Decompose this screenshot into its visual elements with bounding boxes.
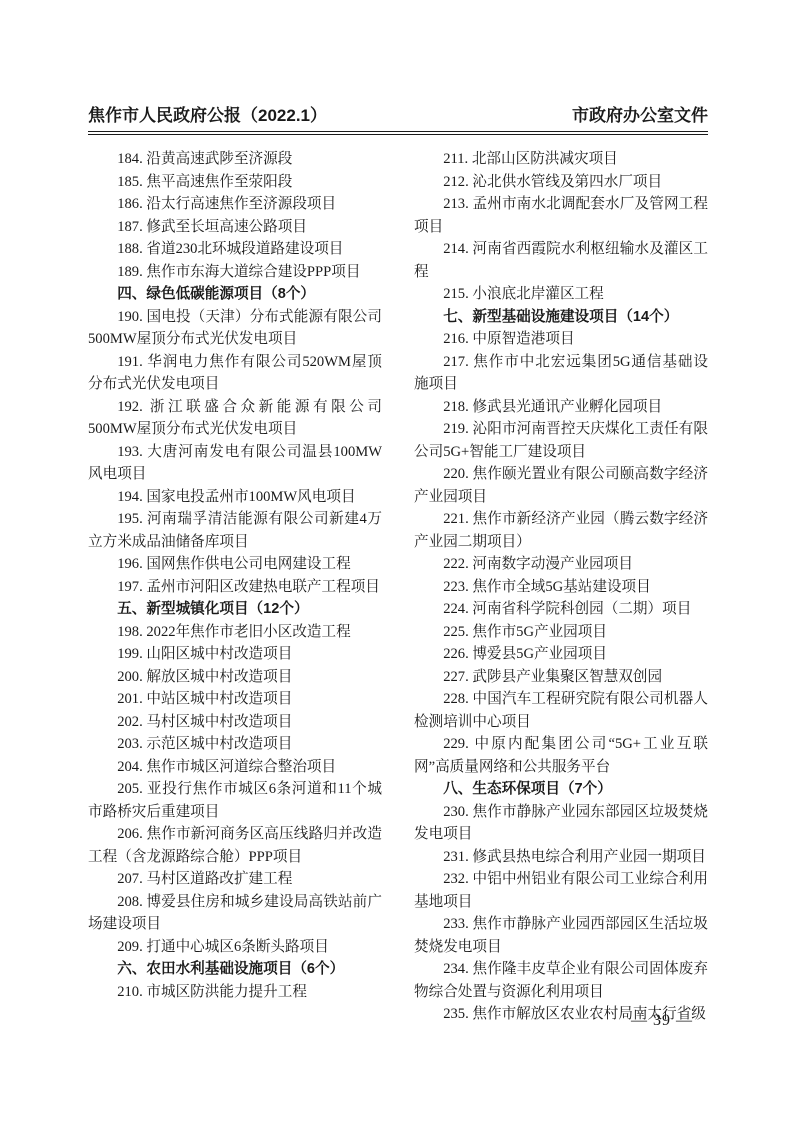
list-item: 221. 焦作市新经济产业园（腾云数字经济产业园二期项目） [414, 508, 708, 553]
list-item: 192. 浙江联盛合众新能源有限公司500MW屋顶分布式光伏发电项目 [88, 396, 382, 441]
list-item: 190. 国电投（天津）分布式能源有限公司500MW屋顶分布式光伏发电项目 [88, 306, 382, 351]
gazette-page: 焦作市人民政府公报（2022.1） 市政府办公室文件 184. 沿黄高速武陟至济… [0, 0, 793, 1122]
list-item: 200. 解放区城中村改造项目 [88, 666, 382, 689]
list-item: 191. 华润电力焦作有限公司520WM屋顶分布式光伏发电项目 [88, 351, 382, 396]
list-item: 218. 修武县光通讯产业孵化园项目 [414, 396, 708, 419]
section-heading: 五、新型城镇化项目（12个） [88, 598, 382, 621]
section-heading: 四、绿色低碳能源项目（8个） [88, 283, 382, 306]
list-item: 204. 焦作市城区河道综合整治项目 [88, 756, 382, 779]
list-item: 201. 中站区城中村改造项目 [88, 688, 382, 711]
list-item: 205. 亚投行焦作市城区6条河道和11个城市路桥灾后重建项目 [88, 778, 382, 823]
list-item: 223. 焦作市全域5G基站建设项目 [414, 576, 708, 599]
list-item: 230. 焦作市静脉产业园东部园区垃圾焚烧发电项目 [414, 801, 708, 846]
list-item: 228. 中国汽车工程研究院有限公司机器人检测培训中心项目 [414, 688, 708, 733]
list-item: 229. 中原内配集团公司“5G+工业互联网”高质量网络和公共服务平台 [414, 733, 708, 778]
list-item: 233. 焦作市静脉产业园西部园区生活垃圾焚烧发电项目 [414, 913, 708, 958]
list-item: 220. 焦作颐光置业有限公司颐高数字经济产业园项目 [414, 463, 708, 508]
list-item: 197. 孟州市河阳区改建热电联产工程项目 [88, 576, 382, 599]
list-item: 208. 博爱县住房和城乡建设局高铁站前广场建设项目 [88, 891, 382, 936]
list-item: 226. 博爱县5G产业园项目 [414, 643, 708, 666]
list-item: 231. 修武县热电综合利用产业园一期项目 [414, 846, 708, 869]
column-right: 211. 北部山区防洪减灾项目212. 沁北供水管线及第四水厂项目213. 孟州… [414, 148, 708, 1026]
list-item: 212. 沁北供水管线及第四水厂项目 [414, 171, 708, 194]
section-heading: 八、生态环保项目（7个） [414, 778, 708, 801]
page-number: — 39 — [631, 1012, 693, 1030]
list-item: 213. 孟州市南水北调配套水厂及管网工程项目 [414, 193, 708, 238]
list-item: 188. 省道230北环城段道路建设项目 [88, 238, 382, 261]
list-item: 187. 修武至长垣高速公路项目 [88, 216, 382, 239]
list-item: 186. 沿太行高速焦作至济源段项目 [88, 193, 382, 216]
list-item: 227. 武陟县产业集聚区智慧双创园 [414, 666, 708, 689]
list-item: 224. 河南省科学院科创园（二期）项目 [414, 598, 708, 621]
list-item: 234. 焦作隆丰皮草企业有限公司固体废弃物综合处置与资源化利用项目 [414, 958, 708, 1003]
page-header: 焦作市人民政府公报（2022.1） 市政府办公室文件 [88, 106, 708, 131]
header-rule [88, 131, 708, 135]
list-item: 184. 沿黄高速武陟至济源段 [88, 148, 382, 171]
column-left: 184. 沿黄高速武陟至济源段185. 焦平高速焦作至荥阳段186. 沿太行高速… [88, 148, 382, 1026]
list-item: 210. 市城区防洪能力提升工程 [88, 981, 382, 1004]
list-item: 195. 河南瑞孚清洁能源有限公司新建4万立方米成品油储备库项目 [88, 508, 382, 553]
list-item: 211. 北部山区防洪减灾项目 [414, 148, 708, 171]
list-item: 189. 焦作市东海大道综合建设PPP项目 [88, 261, 382, 284]
section-heading: 七、新型基础设施建设项目（14个） [414, 306, 708, 329]
list-item: 214. 河南省西霞院水利枢纽输水及灌区工程 [414, 238, 708, 283]
gazette-title: 焦作市人民政府公报（2022.1） [88, 106, 327, 126]
list-item: 202. 马村区城中村改造项目 [88, 711, 382, 734]
list-item: 185. 焦平高速焦作至荥阳段 [88, 171, 382, 194]
list-item: 199. 山阳区城中村改造项目 [88, 643, 382, 666]
list-item: 215. 小浪底北岸灌区工程 [414, 283, 708, 306]
list-item: 217. 焦作市中北宏远集团5G通信基础设施项目 [414, 351, 708, 396]
doc-category-title: 市政府办公室文件 [572, 106, 708, 126]
list-item: 194. 国家电投孟州市100MW风电项目 [88, 486, 382, 509]
list-item: 225. 焦作市5G产业园项目 [414, 621, 708, 644]
list-item: 232. 中铝中州铝业有限公司工业综合利用基地项目 [414, 868, 708, 913]
list-item: 207. 马村区道路改扩建工程 [88, 868, 382, 891]
list-item: 209. 打通中心城区6条断头路项目 [88, 936, 382, 959]
list-item: 196. 国网焦作供电公司电网建设工程 [88, 553, 382, 576]
list-item: 216. 中原智造港项目 [414, 328, 708, 351]
list-item: 222. 河南数字动漫产业园项目 [414, 553, 708, 576]
list-item: 219. 沁阳市河南晋控天庆煤化工责任有限公司5G+智能工厂建设项目 [414, 418, 708, 463]
section-heading: 六、农田水利基础设施项目（6个） [88, 958, 382, 981]
list-item: 193. 大唐河南发电有限公司温县100MW风电项目 [88, 441, 382, 486]
list-item: 198. 2022年焦作市老旧小区改造工程 [88, 621, 382, 644]
project-list: 184. 沿黄高速武陟至济源段185. 焦平高速焦作至荥阳段186. 沿太行高速… [88, 148, 708, 1026]
list-item: 206. 焦作市新河商务区高压线路归并改造工程（含龙源路综合舱）PPP项目 [88, 823, 382, 868]
list-item: 203. 示范区城中村改造项目 [88, 733, 382, 756]
